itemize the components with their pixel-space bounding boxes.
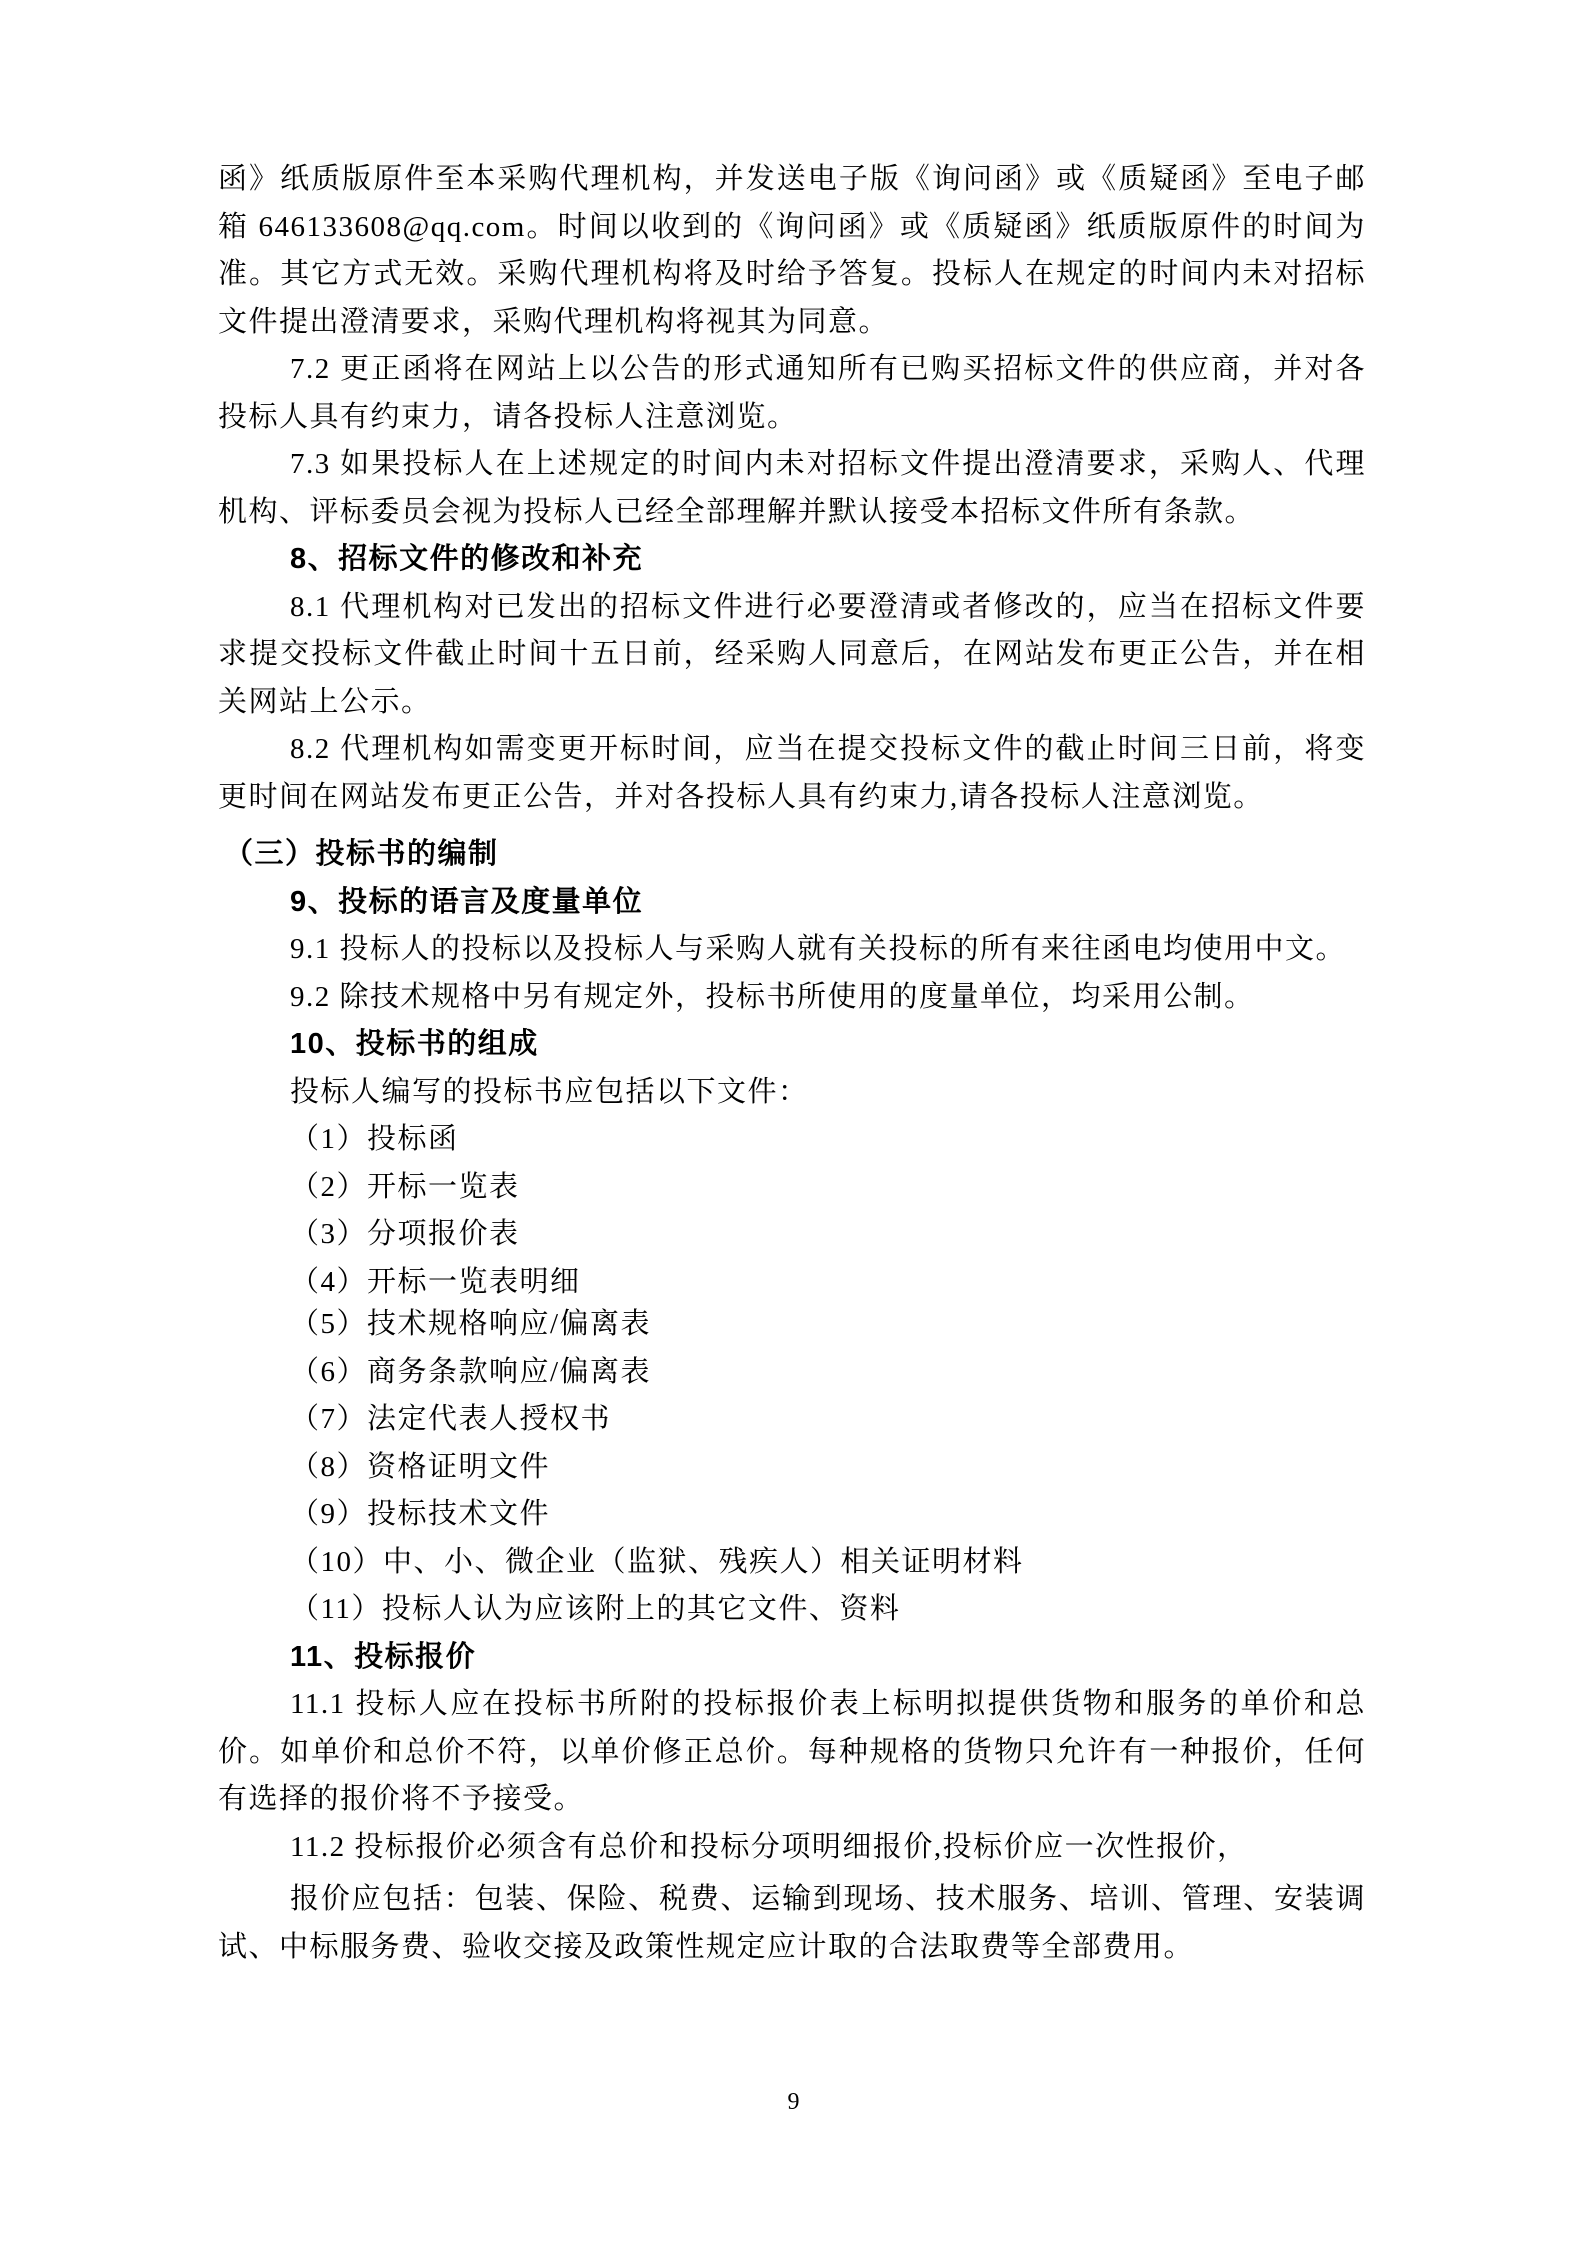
list-item-11: （11）投标人认为应该附上的其它文件、资料 [218,1586,1366,1634]
paragraph-10-intro: 投标人编写的投标书应包括以下文件： [218,1069,1366,1117]
list-item-3: （3）分项报价表 [218,1211,1366,1259]
list-item-4: （4）开标一览表明细 [218,1259,1366,1307]
heading-part-3: （三）投标书的编制 [218,831,1366,879]
paragraph-9-2: 9.2 除技术规格中另有规定外，投标书所使用的度量单位，均采用公制。 [218,974,1366,1022]
list-item-1: （1）投标函 [218,1116,1366,1164]
paragraph-11-2: 11.2 投标报价必须含有总价和投标分项明细报价,投标价应一次性报价， [218,1824,1366,1872]
list-item-8: （8）资格证明文件 [218,1444,1366,1492]
paragraph-9-1: 9.1 投标人的投标以及投标人与采购人就有关投标的所有来往函电均使用中文。 [218,926,1366,974]
paragraph-11-2-continuation: 报价应包括：包装、保险、税费、运输到现场、技术服务、培训、管理、安装调试、中标服… [218,1876,1366,1971]
list-item-7: （7）法定代表人授权书 [218,1396,1366,1444]
paragraph-7-1-continuation: 函》纸质版原件至本采购代理机构，并发送电子版《询问函》或《质疑函》至电子邮箱 6… [218,156,1366,346]
heading-section-11: 11、投标报价 [218,1634,1366,1682]
document-page: 函》纸质版原件至本采购代理机构，并发送电子版《询问函》或《质疑函》至电子邮箱 6… [0,0,1587,2245]
list-item-10: （10）中、小、微企业（监狱、残疾人）相关证明材料 [218,1539,1366,1587]
list-item-5: （5）技术规格响应/偏离表 [218,1301,1366,1349]
paragraph-7-3: 7.3 如果投标人在上述规定的时间内未对招标文件提出澄清要求，采购人、代理机构、… [218,441,1366,536]
paragraph-7-2: 7.2 更正函将在网站上以公告的形式通知所有已购买招标文件的供应商，并对各投标人… [218,346,1366,441]
paragraph-8-2: 8.2 代理机构如需变更开标时间，应当在提交投标文件的截止时间三日前，将变更时间… [218,726,1366,821]
heading-section-10: 10、投标书的组成 [218,1021,1366,1069]
list-item-6: （6）商务条款响应/偏离表 [218,1349,1366,1397]
list-item-9: （9）投标技术文件 [218,1491,1366,1539]
document-content: 函》纸质版原件至本采购代理机构，并发送电子版《询问函》或《质疑函》至电子邮箱 6… [218,156,1366,1971]
paragraph-8-1: 8.1 代理机构对已发出的招标文件进行必要澄清或者修改的，应当在招标文件要求提交… [218,584,1366,727]
heading-section-9: 9、投标的语言及度量单位 [218,879,1366,927]
heading-section-8: 8、招标文件的修改和补充 [218,536,1366,584]
paragraph-11-1: 11.1 投标人应在投标书所附的投标报价表上标明拟提供货物和服务的单价和总价。如… [218,1681,1366,1824]
page-number: 9 [0,2087,1587,2117]
list-item-2: （2）开标一览表 [218,1164,1366,1212]
